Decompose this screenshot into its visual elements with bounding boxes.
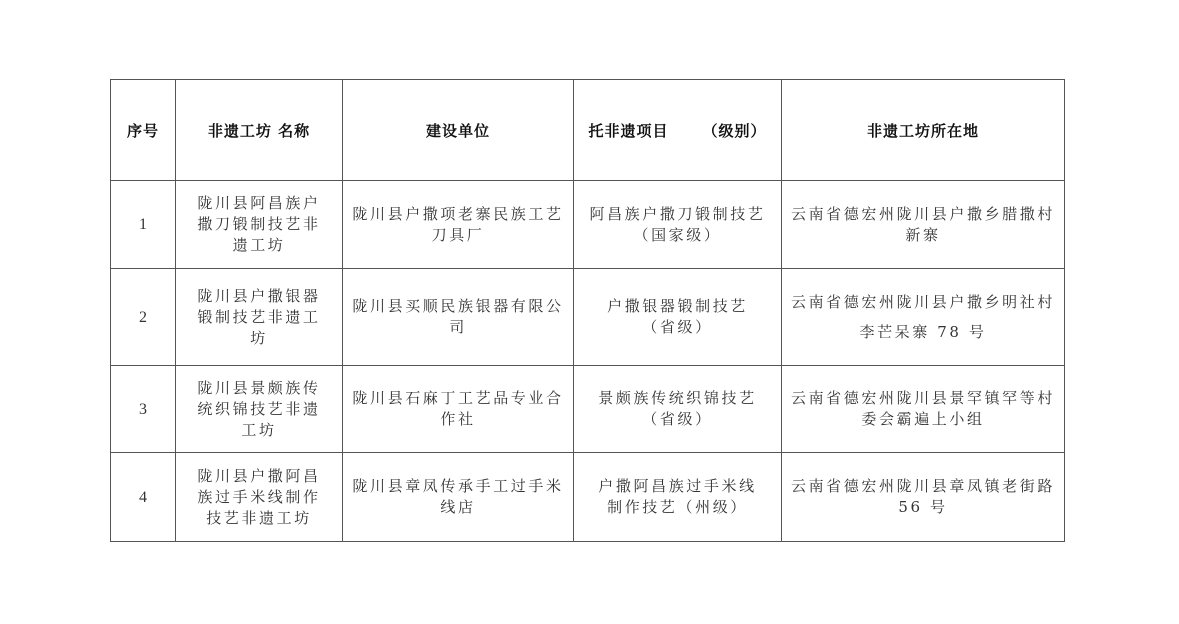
cell-builder: 陇川县买顺民族银器有限公司: [343, 269, 574, 366]
cell-builder: 陇川县章凤传承手工过手米线店: [343, 453, 574, 542]
cell-location: 云南省德宏州陇川县章凤镇老街路56 号: [782, 453, 1065, 542]
cell-text: 云南省德宏州陇川县景罕镇罕等村委会霸遍上小组: [791, 388, 1056, 430]
cell-workshop-name: 陇川县景颇族传统织锦技艺非遗工坊: [176, 366, 343, 453]
cell-text: 云南省德宏州陇川县章凤镇老街路56 号: [791, 476, 1056, 518]
cell-text: 陇川县景颇族传统织锦技艺非遗工坊: [190, 378, 328, 441]
cell-index: 1: [111, 181, 176, 269]
cell-location: 云南省德宏州陇川县景罕镇罕等村委会霸遍上小组: [782, 366, 1065, 453]
cell-location: 云南省德宏州陇川县户撒乡腊撒村新寨: [782, 181, 1065, 269]
header-project-main: 托非遗项目: [588, 122, 668, 140]
cell-text: 陇川县户撒阿昌族过手米线制作技艺非遗工坊: [190, 466, 328, 529]
cell-text: 陇川县户撒银器锻制技艺非遗工坊: [190, 286, 328, 349]
table-row: 1 陇川县阿昌族户撒刀锻制技艺非遗工坊 陇川县户撒项老寨民族工艺刀具厂 阿昌族户…: [111, 181, 1065, 269]
header-index: 序号: [111, 80, 176, 181]
header-builder: 建设单位: [343, 80, 574, 181]
cell-project: 户撒阿昌族过手米线制作技艺（州级）: [574, 453, 782, 542]
table-row: 3 陇川县景颇族传统织锦技艺非遗工坊 陇川县石麻丁工艺品专业合作社 景颇族传统织…: [111, 366, 1065, 453]
cell-builder: 陇川县石麻丁工艺品专业合作社: [343, 366, 574, 453]
cell-workshop-name: 陇川县阿昌族户撒刀锻制技艺非遗工坊: [176, 181, 343, 269]
cell-index: 2: [111, 269, 176, 366]
cell-text: 户撒阿昌族过手米线制作技艺（州级）: [594, 476, 762, 518]
cell-workshop-name: 陇川县户撒银器锻制技艺非遗工坊: [176, 269, 343, 366]
cell-index: 4: [111, 453, 176, 542]
cell-project: 户撒银器锻制技艺（省级）: [574, 269, 782, 366]
cell-text: 陇川县石麻丁工艺品专业合作社: [352, 388, 564, 430]
header-project-level: （级别）: [703, 122, 767, 140]
cell-text: 陇川县章凤传承手工过手米线店: [352, 476, 564, 518]
cell-text: 云南省德宏州陇川县户撒乡腊撒村新寨: [791, 204, 1056, 246]
cell-text: 陇川县买顺民族银器有限公司: [352, 296, 564, 338]
cell-project: 景颇族传统织锦技艺（省级）: [574, 366, 782, 453]
cell-location: 云南省德宏州陇川县户撒乡明社村李芒呆寨 78 号: [782, 269, 1065, 366]
cell-text: 景颇族传统织锦技艺（省级）: [594, 388, 762, 430]
header-row: 序号 非遗工坊 名称 建设单位 托非遗项目（级别） 非遗工坊所在地: [111, 80, 1065, 181]
cell-text: 阿昌族户撒刀锻制技艺（国家级）: [584, 204, 772, 246]
cell-builder: 陇川县户撒项老寨民族工艺刀具厂: [343, 181, 574, 269]
cell-workshop-name: 陇川县户撒阿昌族过手米线制作技艺非遗工坊: [176, 453, 343, 542]
header-project: 托非遗项目（级别）: [574, 80, 782, 181]
heritage-workshop-table: 序号 非遗工坊 名称 建设单位 托非遗项目（级别） 非遗工坊所在地 1 陇川县阿…: [110, 79, 1065, 542]
cell-index: 3: [111, 366, 176, 453]
cell-text: 云南省德宏州陇川县户撒乡明社村李芒呆寨 78 号: [791, 287, 1056, 347]
table-row: 2 陇川县户撒银器锻制技艺非遗工坊 陇川县买顺民族银器有限公司 户撒银器锻制技艺…: [111, 269, 1065, 366]
cell-text: 陇川县阿昌族户撒刀锻制技艺非遗工坊: [190, 193, 328, 256]
table-row: 4 陇川县户撒阿昌族过手米线制作技艺非遗工坊 陇川县章凤传承手工过手米线店 户撒…: [111, 453, 1065, 542]
cell-text: 户撒银器锻制技艺（省级）: [605, 296, 750, 338]
header-location: 非遗工坊所在地: [782, 80, 1065, 181]
cell-project: 阿昌族户撒刀锻制技艺（国家级）: [574, 181, 782, 269]
header-workshop-name: 非遗工坊 名称: [176, 80, 343, 181]
cell-text: 陇川县户撒项老寨民族工艺刀具厂: [352, 204, 564, 246]
